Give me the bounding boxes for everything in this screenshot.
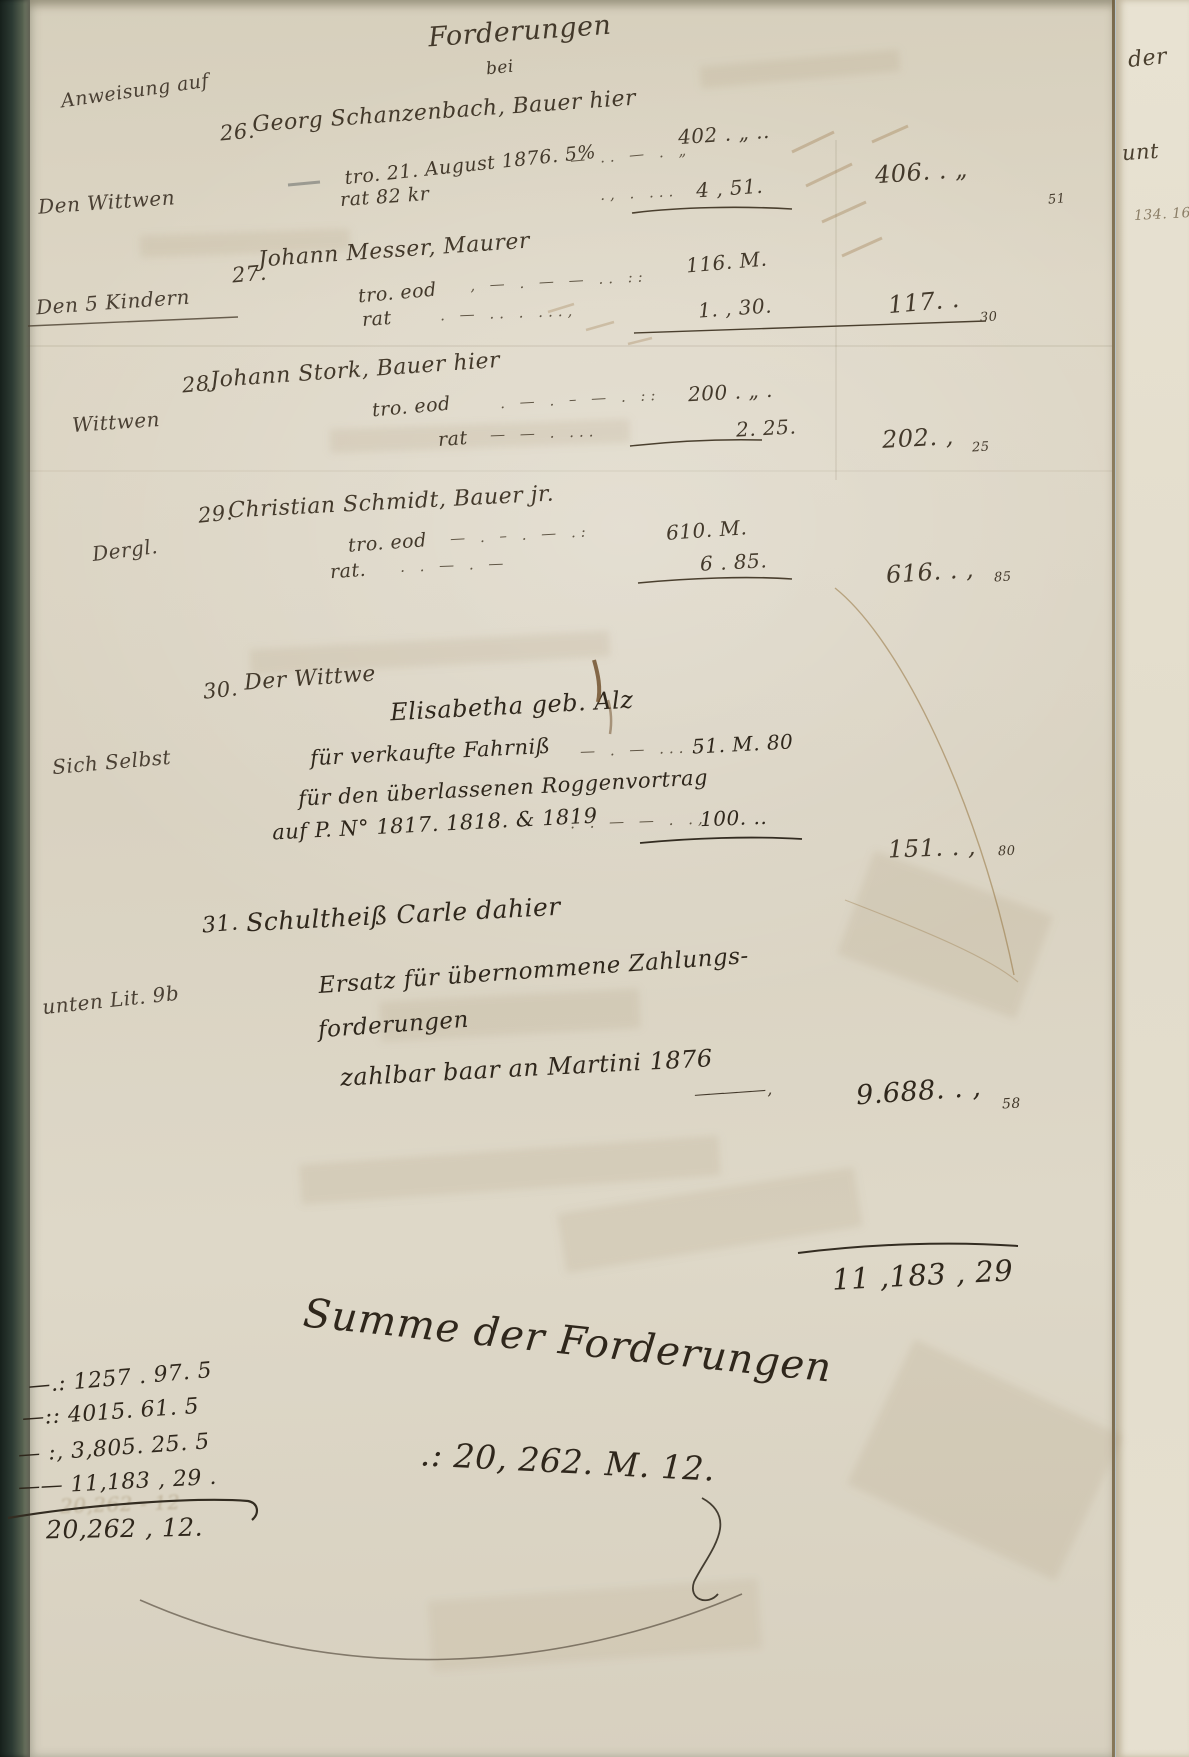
scan-seam-horizontal-1 [26, 345, 1112, 347]
entry30-total-pfennig: 80 [998, 844, 1016, 860]
entry26-number: 26. [219, 119, 256, 146]
entry30-number: 30. [202, 676, 239, 704]
scan-seam-vertical [835, 140, 837, 480]
entry28-total: 202. , [881, 422, 954, 454]
entry30-total: 151. . , [888, 832, 977, 863]
entry31-number: 31. [201, 910, 240, 938]
entry28-total-pfennig: 25 [972, 440, 990, 456]
neighbor-page [1116, 0, 1189, 1757]
ledger-scan: Forderungen bei Anweisung auf Den Wittwe… [0, 0, 1189, 1757]
entry28-line1-amount: 200 . „ . [687, 378, 773, 406]
entry29-line2-label: rat. [329, 559, 367, 583]
neighbor-page-fragment-3: 134. 16. 7 [1134, 204, 1189, 224]
entry31-total-pfennig: 58 [1002, 1096, 1022, 1113]
stack-total: 20,262 , 12. [46, 1513, 204, 1545]
entry30-line3-amount: 100. .. [700, 805, 768, 831]
neighbor-page-fragment-1: der [1127, 44, 1169, 73]
entry29-line2-amount: 6 . 85. [699, 548, 767, 575]
entry28-line2-label: rat [437, 427, 468, 451]
entry28-line2-amount: 2. 25. [735, 414, 796, 441]
page-subtitle: bei [485, 57, 515, 80]
entry28-line2-leader: — — . ... [490, 422, 599, 444]
page-fold-line [1112, 0, 1115, 1757]
entry26-total-pfennig: 51 [1047, 191, 1066, 207]
entry27-total-pfennig: 30 [979, 309, 998, 325]
entry29-line2-leader: . . — . — [400, 554, 509, 576]
entry29-total-pfennig: 85 [994, 570, 1012, 586]
neighbor-page-fragment-2: unt [1121, 139, 1160, 166]
entry27-line2-label: rat [361, 307, 392, 331]
entry27-line2-amount: 1. , 30. [697, 293, 772, 322]
scan-seam-horizontal-2 [26, 470, 1112, 472]
entry26-line2-amount: 4 , 51. [695, 174, 764, 203]
